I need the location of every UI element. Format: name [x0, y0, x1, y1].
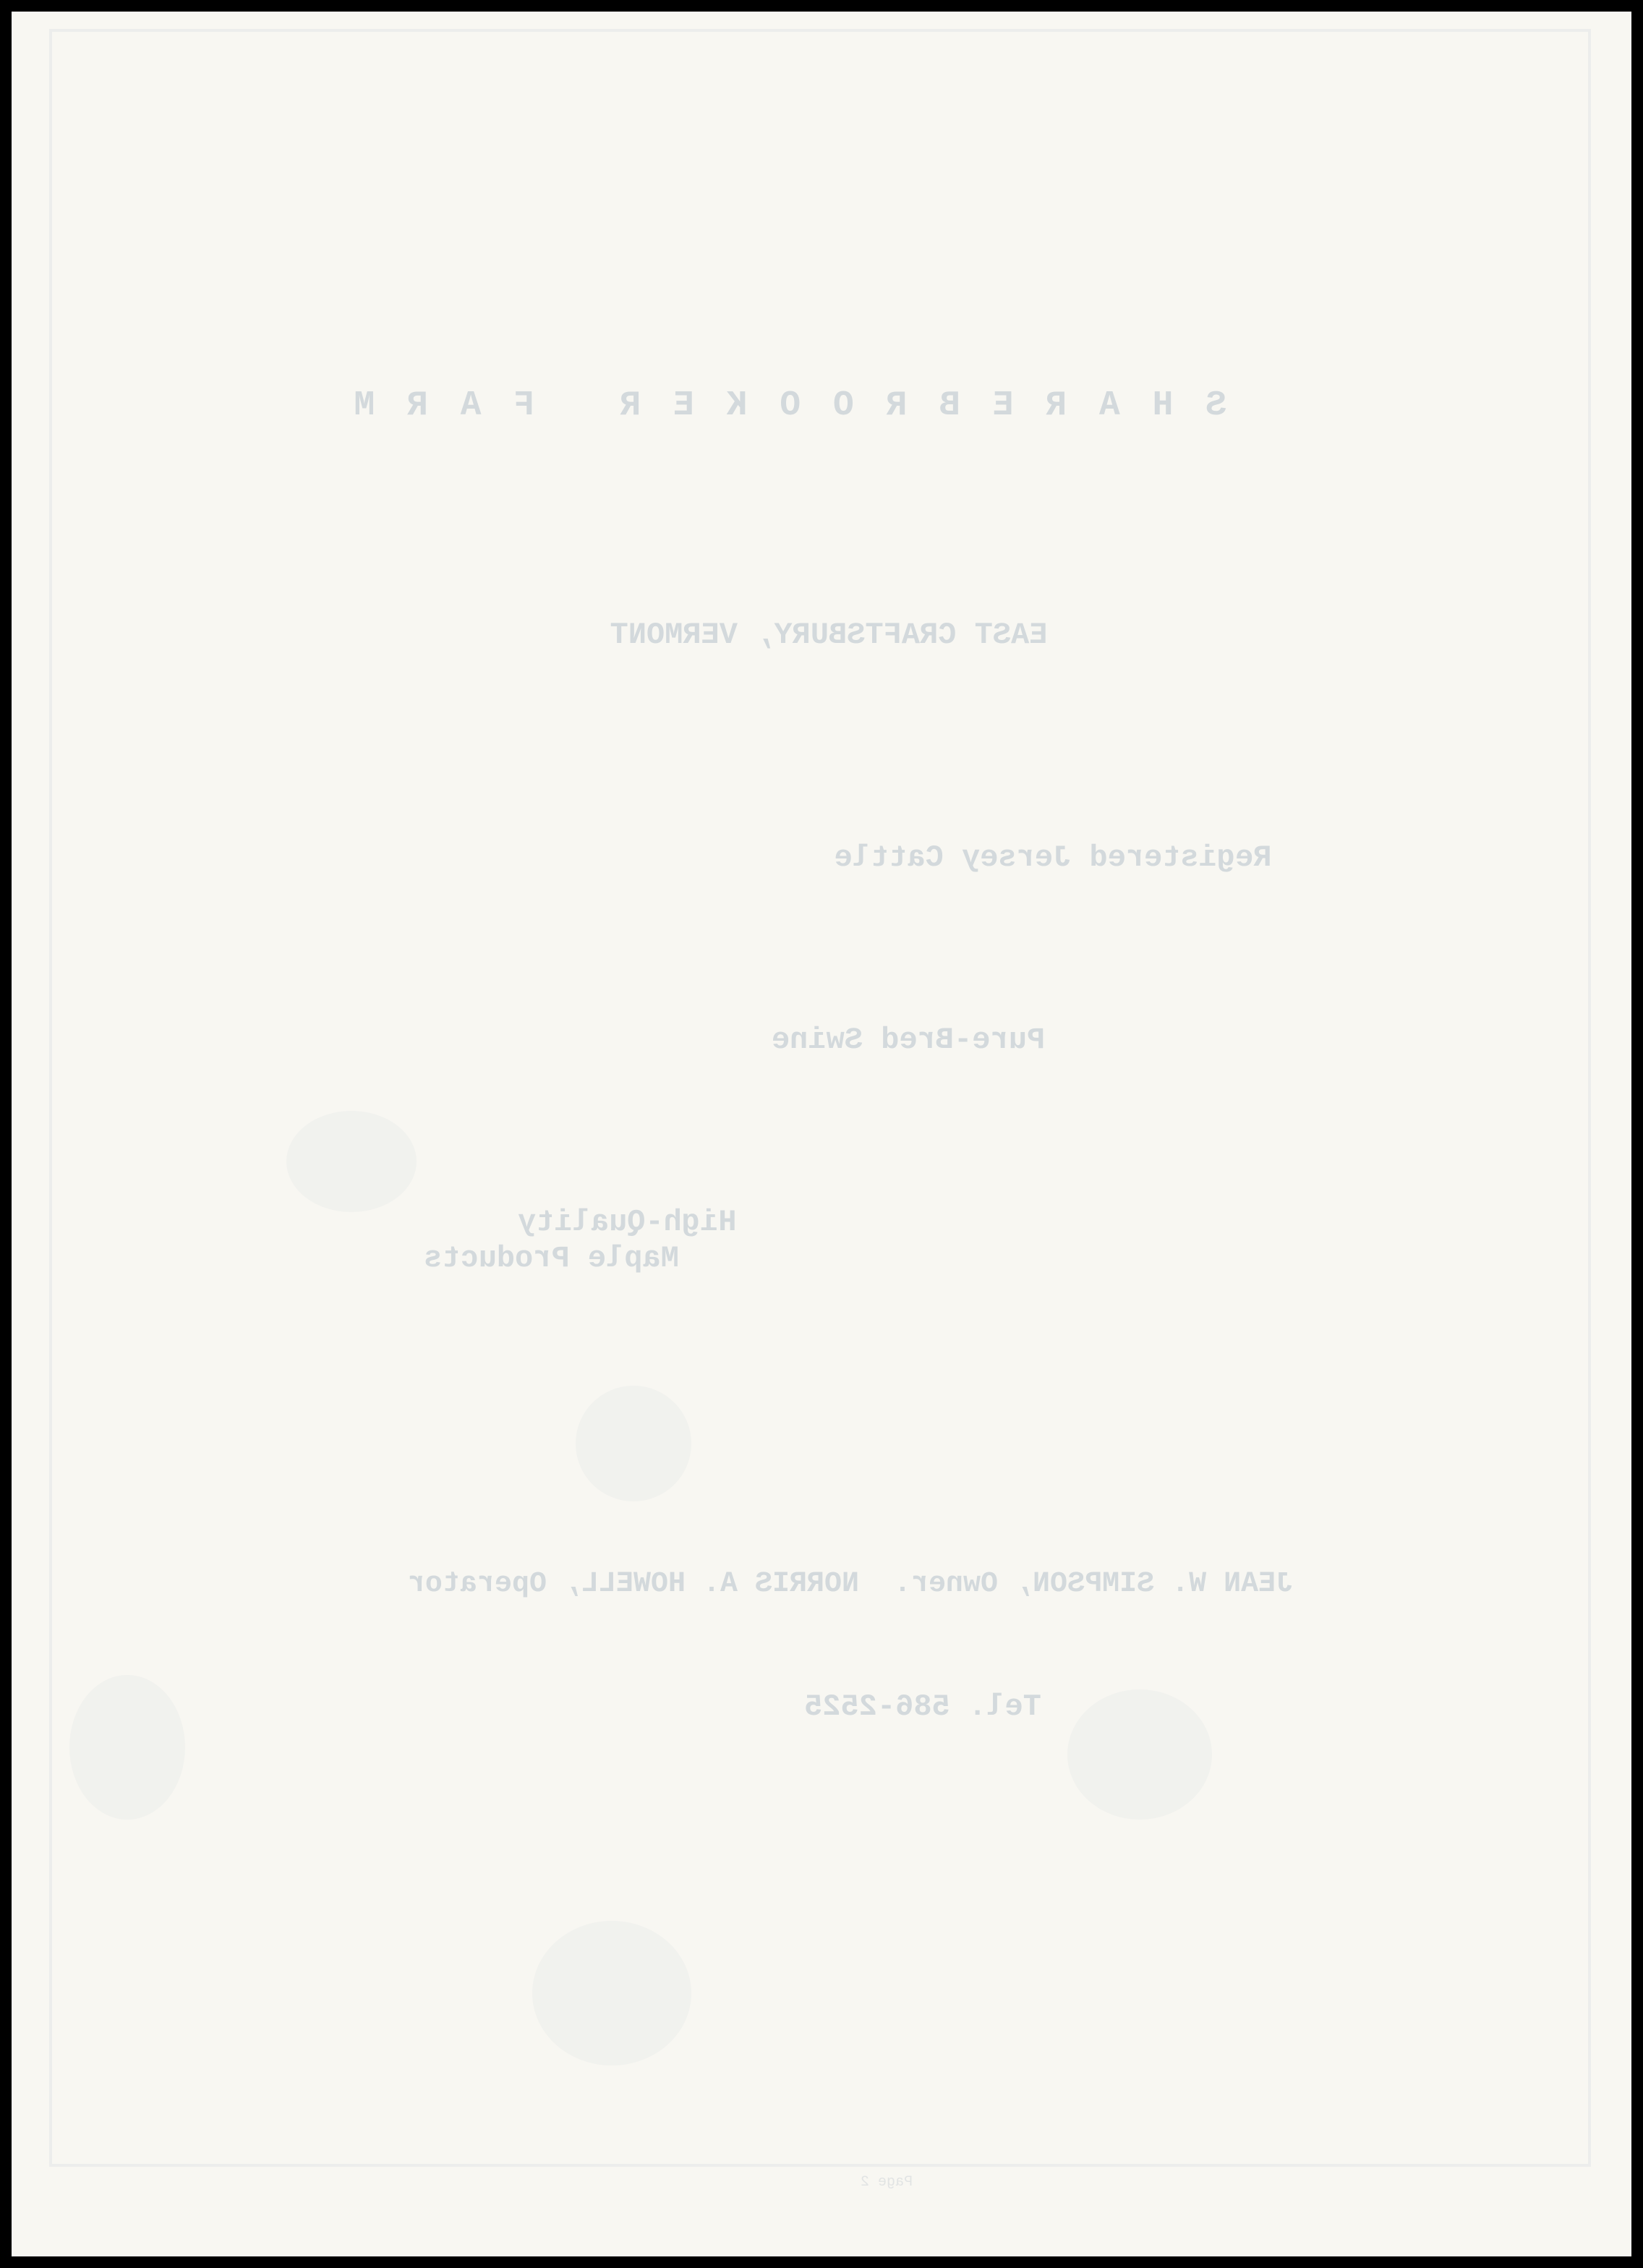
- watermark-smudge: [69, 1675, 185, 1820]
- maple-line-2: Maple Products: [424, 1241, 800, 1276]
- farm-name: S H A R E B R O O K E R F A R M: [438, 386, 1226, 425]
- watermark-smudge: [286, 1111, 417, 1212]
- watermark-smudge: [576, 1386, 691, 1501]
- watermark-smudge: [532, 1921, 691, 2065]
- telephone-line: Tel. 586-2525: [706, 1689, 1140, 1724]
- maple-line-1: High-Quality: [518, 1205, 894, 1240]
- farm-location: EAST CRAFTSBURY, VERMONT: [539, 618, 1118, 652]
- cattle-line: Registered Jersey Cattle: [764, 840, 1342, 875]
- owner-operator-line: JEAN W. SIMPSON, Owner. NORRIS A. HOWELL…: [243, 1568, 1458, 1600]
- paper-sheet: S H A R E B R O O K E R F A R M EAST CRA…: [12, 12, 1631, 2256]
- footer-mark: Page 2: [821, 2174, 952, 2191]
- swine-line: Pure-Bred Swine: [742, 1023, 1075, 1057]
- page-border: [49, 29, 1591, 2167]
